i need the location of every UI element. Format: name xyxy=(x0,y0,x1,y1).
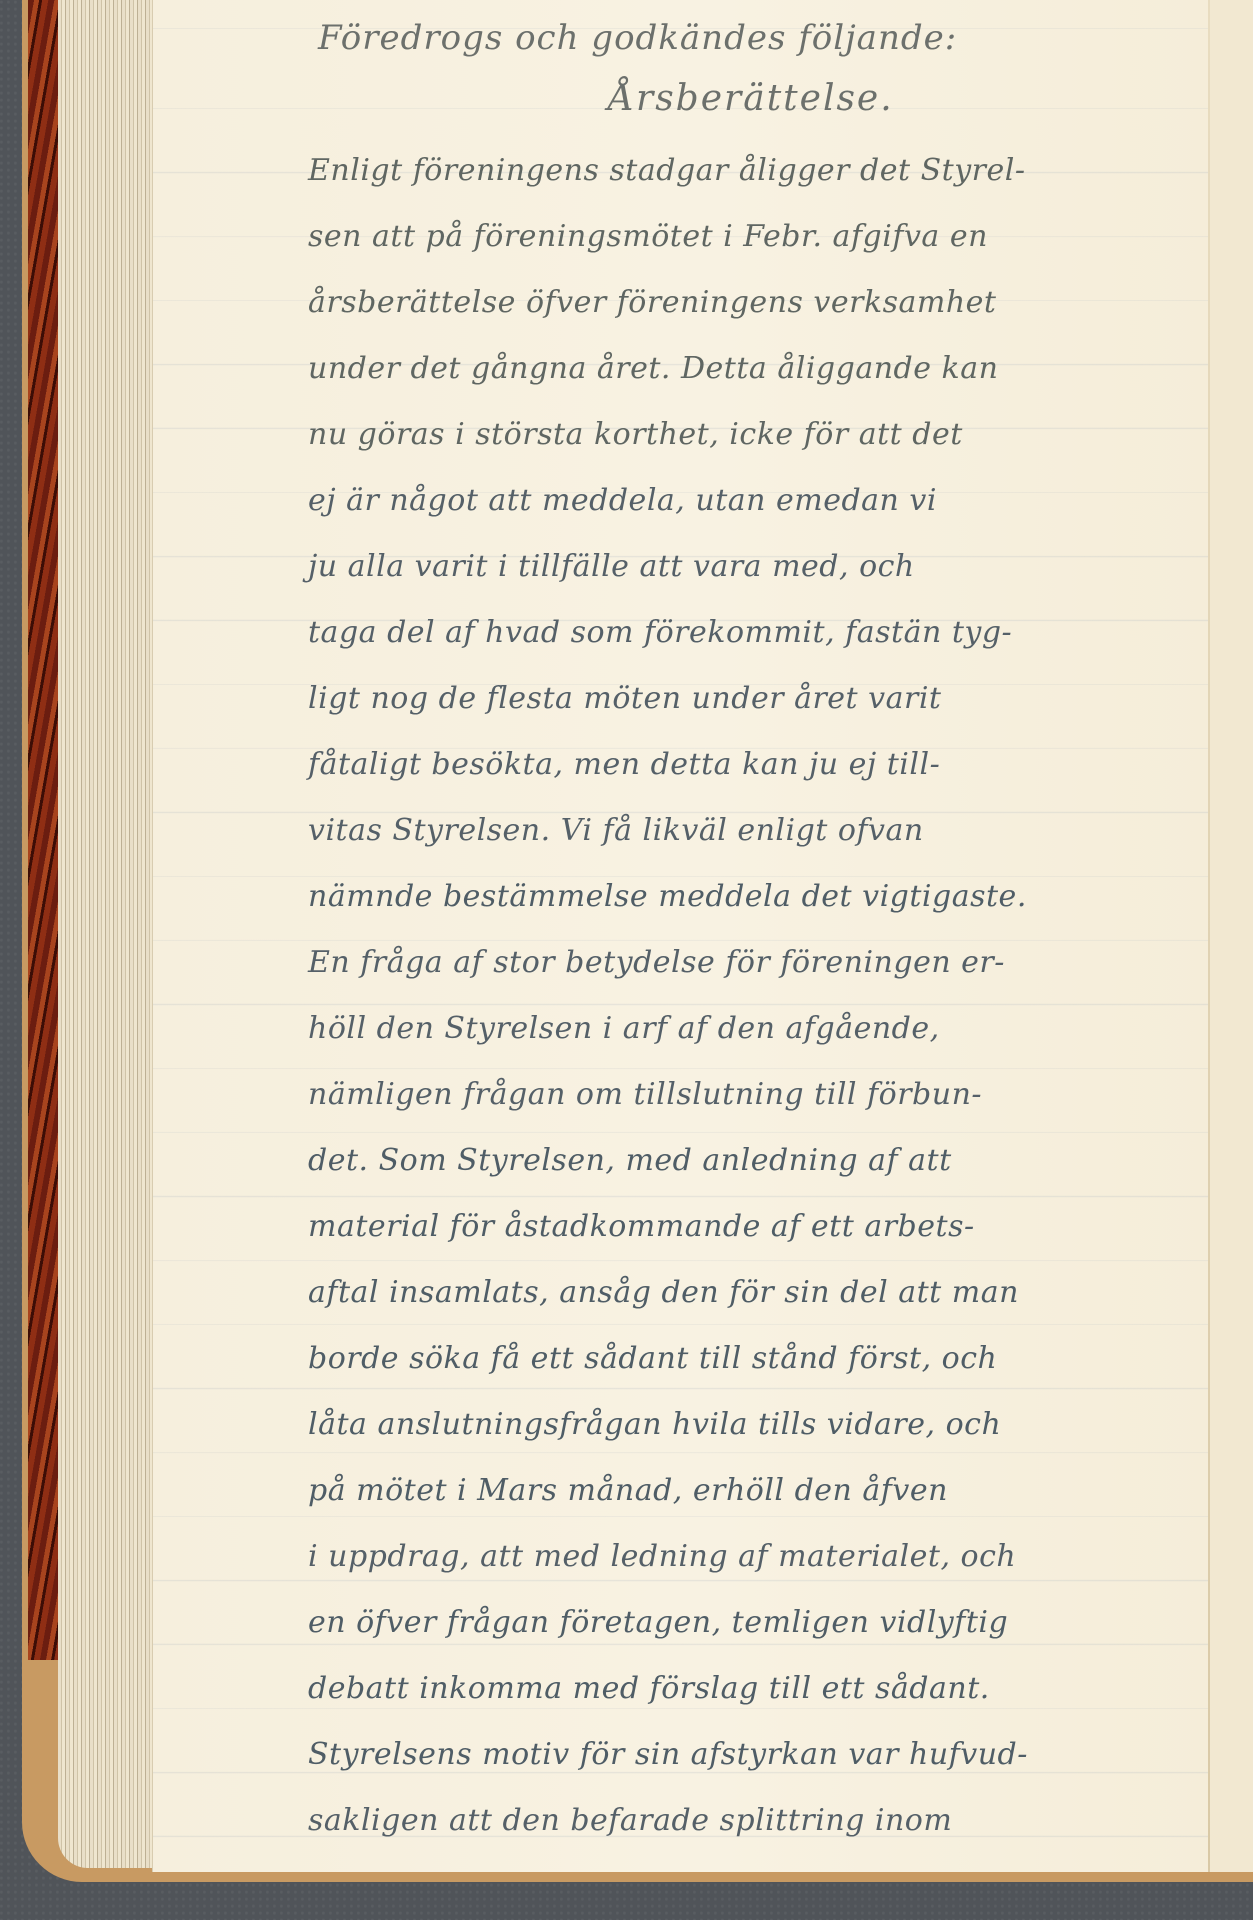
manuscript-line: en öfver frågan företagen, temligen vidl… xyxy=(308,1590,1208,1656)
manuscript-page: Föredrogs och godkändes följande: Årsber… xyxy=(152,0,1253,1872)
page-title: Årsberättelse. xyxy=(608,78,894,119)
manuscript-line: årsberättelse öfver föreningens verksamh… xyxy=(308,270,1208,336)
manuscript-line: ligt nog de flesta möten under året vari… xyxy=(308,666,1208,732)
manuscript-line: aftal insamlats, ansåg den för sin del a… xyxy=(308,1260,1208,1326)
manuscript-line: det. Som Styrelsen, med anledning af att xyxy=(308,1128,1208,1194)
manuscript-line: nämligen frågan om tillslutning till för… xyxy=(308,1062,1208,1128)
manuscript-line: på mötet i Mars månad, erhöll den åfven xyxy=(308,1458,1208,1524)
manuscript-line: fåtaligt besökta, men detta kan ju ej ti… xyxy=(308,732,1208,798)
manuscript-line: En fråga af stor betydelse för föreninge… xyxy=(308,930,1208,996)
manuscript-line: debatt inkomma med förslag till ett såda… xyxy=(308,1656,1208,1722)
marbled-page-edge xyxy=(28,0,59,1660)
manuscript-line: i uppdrag, att med ledning af materialet… xyxy=(308,1524,1208,1590)
manuscript-line: ju alla varit i tillfälle att vara med, … xyxy=(308,534,1208,600)
manuscript-line: material för åstadkommande af ett arbets… xyxy=(308,1194,1208,1260)
manuscript-line: sakligen att den befarade splittring ino… xyxy=(308,1788,1208,1854)
manuscript-line: sen att på föreningsmötet i Febr. afgifv… xyxy=(308,204,1208,270)
page-header-text: Föredrogs och godkändes följande: xyxy=(318,18,957,58)
manuscript-line: vitas Styrelsen. Vi få likväl enligt ofv… xyxy=(308,798,1208,864)
manuscript-line: under det gångna året. Detta åliggande k… xyxy=(308,336,1208,402)
manuscript-line: höll den Styrelsen i arf af den afgående… xyxy=(308,996,1208,1062)
manuscript-line: Enligt föreningens stadgar åligger det S… xyxy=(308,138,1208,204)
manuscript-line: låta anslutningsfrågan hvila tills vidar… xyxy=(308,1392,1208,1458)
manuscript-line: taga del af hvad som förekommit, fastän … xyxy=(308,600,1208,666)
manuscript-line: borde söka få ett sådant till stånd förs… xyxy=(308,1326,1208,1392)
manuscript-line: Styrelsens motiv för sin afstyrkan var h… xyxy=(308,1722,1208,1788)
manuscript-line: ej är något att meddela, utan emedan vi xyxy=(308,468,1208,534)
facing-page-strip xyxy=(1210,0,1253,1872)
manuscript-line: nämnde bestämmelse meddela det vigtigast… xyxy=(308,864,1208,930)
page-stack-edges xyxy=(58,0,152,1868)
manuscript-body: Enligt föreningens stadgar åligger det S… xyxy=(308,138,1208,1854)
manuscript-line: nu göras i största korthet, icke för att… xyxy=(308,402,1208,468)
